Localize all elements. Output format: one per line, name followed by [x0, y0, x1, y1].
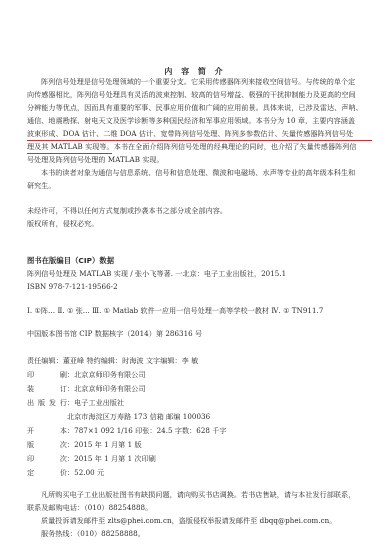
summary-title: 内 容 简 介: [0, 66, 390, 77]
audience-line-2: 研究生。: [27, 181, 56, 190]
red-underline-1: [27, 140, 372, 141]
publisher-line: 出版发行：电子工业出版社: [27, 398, 124, 407]
notice-line-1: 凡所购买电子工业出版社图书有缺损问题，请向购买书店调换。若书店售缺，请与本社发行…: [41, 490, 355, 499]
publisher-value: 电子工业出版社: [74, 398, 124, 407]
cip-classification: Ⅰ. ①阵… Ⅱ. ① 张… Ⅲ. ① Matlab 软件一应用一信号处理一高等…: [27, 306, 323, 315]
summary-line-3: 分辨能力等优点，因而具有重要的军事、民事应用价值和广阔的应用前景。具体来说，已涉…: [27, 103, 363, 112]
format-label: 开 本: [27, 426, 67, 435]
binding-label: 装 订: [27, 384, 67, 393]
format-line: 开 本：787×1 092 1/16 印张：24.5 字数：628 千字: [27, 426, 227, 435]
printing-label: 印 刷: [27, 370, 67, 379]
publisher-label: 出版发行: [27, 398, 67, 407]
price-label: 定 价: [27, 468, 67, 477]
summary-line-4: 通信、地震勘探、射电天文及医学诊断等多种国民经济和军事应用领域。本书分为 10 …: [27, 116, 355, 125]
impression-label: 印 次: [27, 454, 67, 463]
cip-library-number: 中国版本图书馆 CIP 数据核字（2014）第 286316 号: [27, 329, 202, 338]
notice-line-3: 质量投诉请发邮件至 zlts@phei.com.cn，盗版侵权举报请发邮件至 d…: [41, 516, 336, 525]
summary-line-2: 向传感器相比，阵列信号处理具有灵活的波束控制、较高的信号增益、极强的干扰抑制能力…: [27, 90, 356, 99]
impression-value: 2015 年 1 月第 1 次印刷: [74, 454, 156, 463]
price-value: 52.00 元: [74, 468, 104, 477]
cip-record: 阵列信号处理及 MATLAB 实现 / 张小飞等著. 一北京：电子工业出版社，2…: [27, 269, 286, 278]
format-value: 787×1 092 1/16 印张：24.5 字数：628 千字: [74, 426, 226, 435]
notice-line-2: 联系及邮购电话：（010）88254888。: [27, 503, 152, 512]
audience-line-1: 本书的读者对象为通信与信息系统、信号和信息处理、微波和电磁场、水声等专业的高年级…: [41, 168, 355, 177]
copyright-line-1: 未经许可，不得以任何方式复制或抄袭本书之部分或全部内容。: [27, 206, 227, 215]
summary-line-1: 阵列信号处理是信号处理领域的一个重要分支。它采用传感器阵列来接收空间信号。与传统…: [41, 77, 355, 86]
edition-line: 版 次：2015 年 1 月第 1 版: [27, 440, 142, 449]
notice-line-4: 服务热线：（010）88258888。: [41, 529, 145, 538]
impression-line: 印 次：2015 年 1 月第 1 次印刷: [27, 454, 156, 463]
cip-isbn: ISBN 978-7-121-19566-2: [27, 282, 118, 291]
editors-line: 责任编辑：董亚峰 特约编辑：时海波 文字编辑：李 敏: [27, 356, 198, 365]
copyright-line-2: 版权所有，侵权必究。: [27, 219, 98, 228]
edition-value: 2015 年 1 月第 1 版: [74, 440, 141, 449]
binding-line: 装 订：北京京师印务有限公司: [27, 384, 146, 393]
cip-heading: 图书在版编目（CIP）数据: [27, 256, 114, 265]
address-line: 北京市海淀区万寿路 173 信箱 邮编 100036: [67, 412, 210, 421]
summary-line-7: 号处理及阵列信号处理的 MATLAB 实现。: [27, 155, 164, 164]
printing-value: 北京京师印务有限公司: [74, 370, 145, 379]
summary-line-6: 理及其 MATLAB 实现等。本书在全面介绍阵列信号处理的经典理论的同时，也介绍…: [27, 142, 357, 151]
price-line: 定 价：52.00 元: [27, 468, 104, 477]
edition-label: 版 次: [27, 440, 67, 449]
summary-line-5: 波束形成、DOA 估计、二维 DOA 估计、宽带阵列信号处理、阵列多参数估计、矢…: [27, 129, 353, 138]
binding-value: 北京京师印务有限公司: [74, 384, 145, 393]
book-copyright-page: 内 容 简 介 阵列信号处理是信号处理领域的一个重要分支。它采用传感器阵列来接收…: [0, 0, 390, 546]
red-underline-2: [27, 153, 112, 154]
printing-line: 印 刷：北京京师印务有限公司: [27, 370, 146, 379]
